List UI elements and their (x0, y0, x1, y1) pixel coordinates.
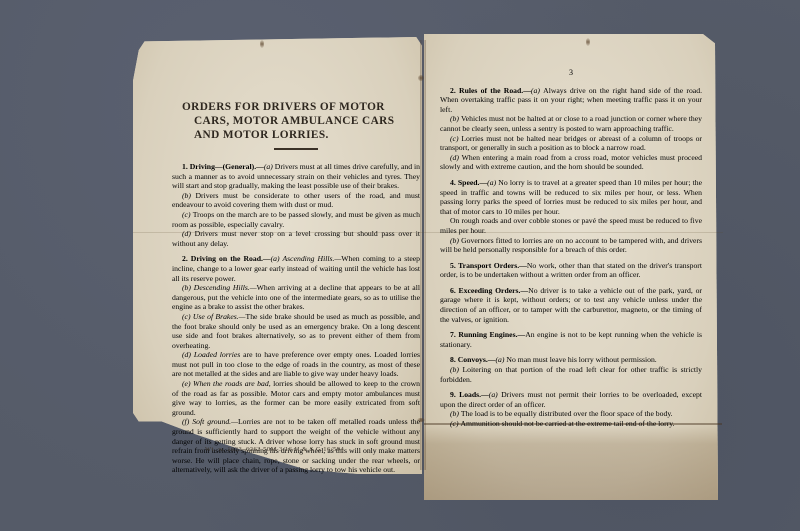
clause-label: (f) (182, 417, 192, 426)
order-section: 7. Running Engines.—An engine is not to … (440, 330, 702, 349)
order-paragraph: (c) Ammunition should not be carried at … (440, 419, 702, 429)
order-section: 8. Convoys.—(a) No man must leave his lo… (440, 355, 702, 384)
section-heading: 7. Running Engines.— (450, 330, 525, 339)
clause-label: (c) (182, 210, 193, 219)
clause-label: (a) (489, 390, 501, 399)
order-section: 2. Driving on the Road.—(a) Ascending Hi… (172, 254, 420, 475)
printer-imprint: Wt. w. 1633–6262 50M 3/16 H & S G.16/594 (205, 446, 344, 453)
order-paragraph: (d) When entering a main road from a cro… (440, 153, 702, 172)
order-paragraph: 8. Convoys.—(a) No man must leave his lo… (440, 355, 702, 365)
clause-subheading: Ascending Hills.— (282, 254, 341, 263)
order-paragraph: 5. Transport Orders.—No work, other than… (440, 261, 702, 280)
order-section: 1. Driving—(General).—(a) Drivers must a… (172, 162, 420, 248)
order-paragraph: 6. Exceeding Orders.—No driver is to tak… (440, 286, 702, 324)
section-heading: 2. Rules of the Road.— (450, 86, 531, 95)
stain-mark (586, 38, 590, 46)
clause-text: Troops on the march are to be passed slo… (172, 210, 420, 229)
page-number: 3 (440, 68, 702, 78)
order-paragraph: 7. Running Engines.—An engine is not to … (440, 330, 702, 349)
order-paragraph: (c) Lorries must not be halted near brid… (440, 134, 702, 153)
clause-text: The load is to be equally distributed ov… (461, 409, 673, 418)
right-page-text: 3 2. Rules of the Road.—(a) Always drive… (440, 68, 702, 435)
clause-subheading: Soft ground.— (192, 417, 238, 426)
order-paragraph: (c) Use of Brakes.—The side brake should… (172, 312, 420, 350)
clause-text: Governors fitted to lorries are on no ac… (440, 236, 702, 255)
section-heading: 1. Driving—(General).— (182, 162, 264, 171)
section-heading: 9. Loads.— (450, 390, 489, 399)
clause-subheading: Use of Brakes.— (193, 312, 246, 321)
clause-label: (b) (450, 409, 461, 418)
order-section: 4. Speed.—(a) No lorry is to travel at a… (440, 178, 702, 255)
clause-label: (b) (182, 283, 194, 292)
order-paragraph: (b) Governors fitted to lorries are on n… (440, 236, 702, 255)
order-section: 6. Exceeding Orders.—No driver is to tak… (440, 286, 702, 324)
order-paragraph: (e) When the roads are bad, lorries shou… (172, 379, 420, 417)
clause-text: Vehicles must not be halted at or close … (440, 114, 702, 133)
clause-text: Drivers must be considerate to other use… (172, 191, 420, 210)
order-paragraph: (c) Troops on the march are to be passed… (172, 210, 420, 229)
clause-label: (b) (450, 365, 462, 374)
document-title: ORDERS FOR DRIVERS OF MOTOR CARS, MOTOR … (182, 100, 420, 142)
clause-text: Lorries must not be halted near bridges … (440, 134, 702, 153)
order-paragraph: (b) Vehicles must not be halted at or cl… (440, 114, 702, 133)
order-section: 5. Transport Orders.—No work, other than… (440, 261, 702, 280)
clause-text: When entering a main road from a cross r… (440, 153, 702, 172)
clause-label: (a) (264, 162, 275, 171)
clause-text: Ammunition should not be carried at the … (460, 419, 674, 428)
section-heading: 8. Convoys.— (450, 355, 496, 364)
clause-label: (b) (450, 114, 461, 123)
clause-label: (a) (531, 86, 543, 95)
clause-subheading: When the roads are bad, (193, 379, 273, 388)
clause-text: Loitering on that portion of the road le… (440, 365, 702, 384)
clause-label: (b) (182, 191, 195, 200)
order-paragraph: 9. Loads.—(a) Drivers must not permit th… (440, 390, 702, 409)
clause-label: (a) (496, 355, 507, 364)
order-paragraph: (b) The load is to be equally distribute… (440, 409, 702, 419)
order-paragraph: (b) Loitering on that portion of the roa… (440, 365, 702, 384)
right-sections: 2. Rules of the Road.—(a) Always drive o… (440, 86, 702, 429)
order-section: 2. Rules of the Road.—(a) Always drive o… (440, 86, 702, 172)
stain-mark (260, 40, 264, 48)
order-paragraph: (b) Descending Hills.—When arriving at a… (172, 283, 420, 312)
title-rule (274, 148, 318, 150)
clause-label: (b) (450, 236, 461, 245)
section-heading: 5. Transport Orders.— (450, 261, 527, 270)
clause-label: (d) (182, 229, 195, 238)
left-sections: 1. Driving—(General).—(a) Drivers must a… (172, 162, 420, 475)
clause-label: (a) (271, 254, 283, 263)
order-section: 9. Loads.—(a) Drivers must not permit th… (440, 390, 702, 428)
clause-text: On rough roads and over cobble stones or… (440, 216, 702, 235)
order-paragraph: 2. Driving on the Road.—(a) Ascending Hi… (172, 254, 420, 283)
stain-mark (418, 75, 424, 81)
page-gutter (420, 40, 426, 470)
clause-label: (a) (487, 178, 498, 187)
order-paragraph: (d) Loaded lorries are to have preferenc… (172, 350, 420, 379)
clause-subheading: Loaded lorries (194, 350, 243, 359)
clause-label: (c) (450, 134, 461, 143)
order-paragraph: (b) Drivers must be considerate to other… (172, 191, 420, 210)
clause-subheading: Descending Hills.— (194, 283, 257, 292)
clause-label: (d) (450, 153, 462, 162)
order-paragraph: On rough roads and over cobble stones or… (440, 216, 702, 235)
order-paragraph: 2. Rules of the Road.—(a) Always drive o… (440, 86, 702, 115)
order-paragraph: (d) Drivers must never stop on a level c… (172, 229, 420, 248)
clause-label: (e) (182, 379, 193, 388)
clause-label: (d) (182, 350, 194, 359)
clause-text: No man must leave his lorry without perm… (506, 355, 656, 364)
order-paragraph: 1. Driving—(General).—(a) Drivers must a… (172, 162, 420, 191)
clause-text: Drivers must never stop on a level cross… (172, 229, 420, 248)
left-page-text: ORDERS FOR DRIVERS OF MOTOR CARS, MOTOR … (172, 100, 420, 481)
section-heading: 2. Driving on the Road.— (182, 254, 271, 263)
section-heading: 4. Speed.— (450, 178, 487, 187)
order-paragraph: 4. Speed.—(a) No lorry is to travel at a… (440, 178, 702, 216)
section-heading: 6. Exceeding Orders.— (450, 286, 528, 295)
clause-label: (c) (182, 312, 193, 321)
clause-label: (c) (450, 419, 460, 428)
